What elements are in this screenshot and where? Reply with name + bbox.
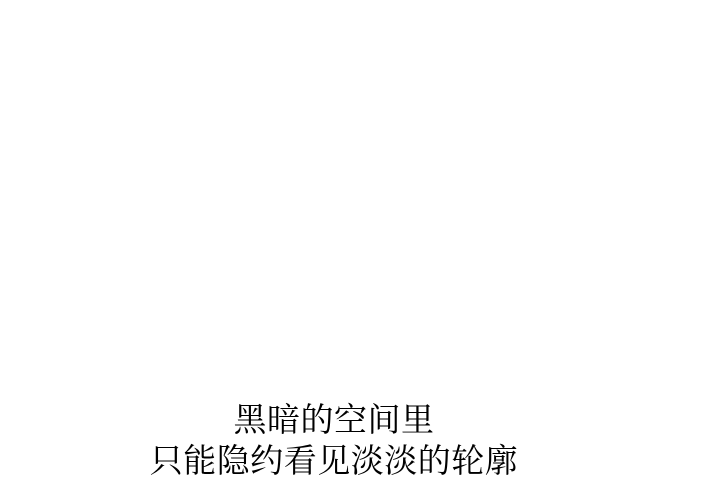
caption-text: 黑暗的空间里 只能隐约看见淡淡的轮廓 [0,399,668,481]
caption-line-2: 只能隐约看见淡淡的轮廓 [0,440,668,481]
comic-panel: 黑暗的空间里 只能隐约看见淡淡的轮廓 [0,0,720,500]
caption-line-1: 黑暗的空间里 [0,399,668,440]
comic-page: { "panel": { "background_color": "#fffff… [0,0,720,500]
